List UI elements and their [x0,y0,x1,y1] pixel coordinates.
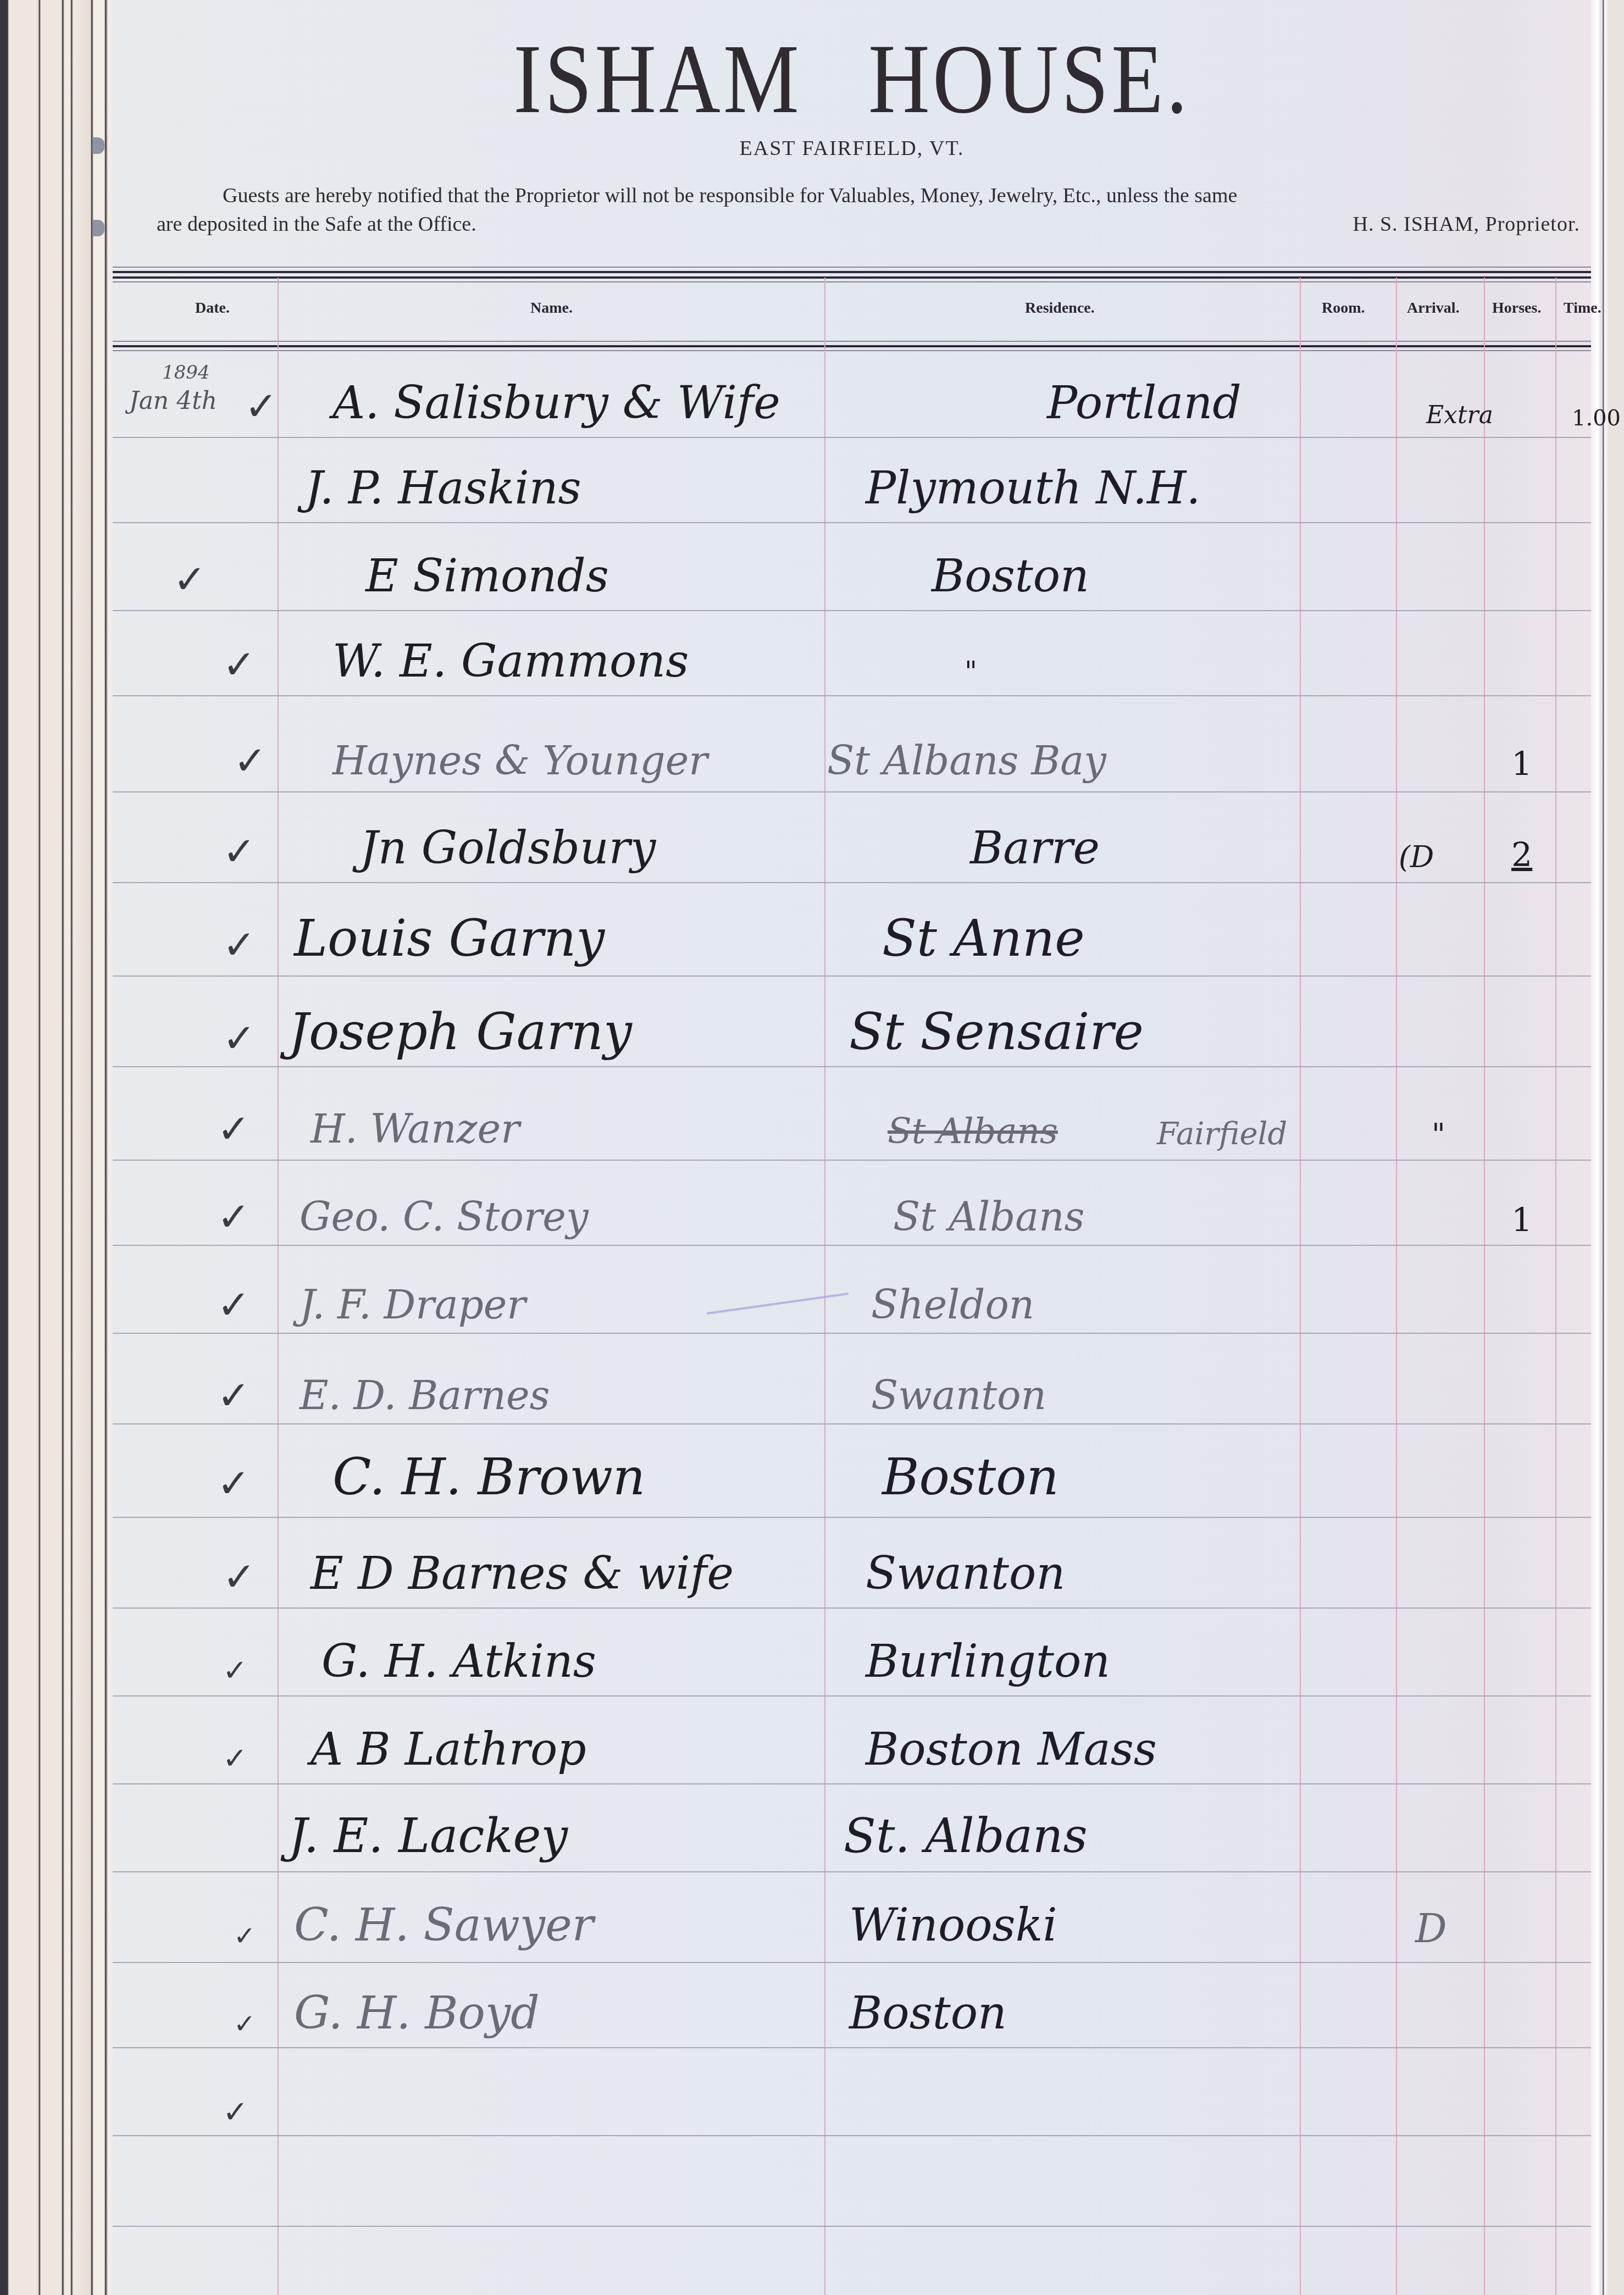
checkmark-icon: ✓ [223,1741,247,1776]
guest-name: C. H. Sawyer [294,1899,594,1952]
checkmark-icon: ✓ [173,556,206,602]
page-edge [1591,0,1608,2295]
column-header-date: Date. [195,300,230,317]
checkmark-icon: ✓ [217,1282,250,1328]
guest-name: E. D. Barnes [300,1372,550,1418]
header-rule [113,267,1591,268]
register-entry: ✓ E Simonds Boston [113,525,1591,610]
register-entry: J. P. Haskins Plymouth N.H. [113,437,1591,522]
ruling-line [113,2226,1591,2227]
guest-residence: Barre [970,822,1100,874]
header-rule [113,341,1591,342]
register-entry: ✓ C. H. Sawyer Winooski D [113,1874,1591,1959]
checkmark-icon: ✓ [217,1194,250,1240]
stray-ink-mark [707,1293,849,1315]
guest-name: J. F. Draper [300,1282,526,1328]
header-rule [113,276,1591,279]
checkmark-icon: ✓ [223,828,256,874]
guest-residence-ditto: " [965,656,977,688]
checkmark-icon: ✓ [217,1372,250,1418]
checkmark-icon: ✓ [234,738,267,784]
checkmark-icon: ✓ [223,1653,247,1688]
arrival-note: Extra [1426,401,1493,429]
ruling-line [113,1871,1591,1872]
entry-year: 1894 [162,362,210,384]
guest-residence: Boston Mass [866,1723,1157,1776]
register-entry: ✓ G. H. Atkins Burlington [113,1610,1591,1695]
column-header-horses: Horses. [1492,300,1541,317]
register-entry: ✓ Joseph Garny St Sensaire [113,984,1591,1069]
header-rule [113,345,1591,347]
guest-name: C. H. Brown [332,1448,645,1506]
guest-residence: Portland [1047,377,1241,429]
guest-residence: St Albans Bay [827,738,1106,784]
guest-name: J. P. Haskins [305,462,581,514]
checkmark-icon: ✓ [223,1554,256,1600]
guest-residence: Winooski [849,1899,1057,1952]
column-header-room: Room. [1322,300,1365,317]
guest-residence: St. Albans [844,1809,1088,1864]
checkmark-icon: ✓ [217,1106,250,1152]
register-entry: ✓ E D Barnes & wife Swanton [113,1522,1591,1607]
guest-residence: Fairfield [1157,1116,1287,1152]
guest-residence: St Albans [893,1194,1085,1240]
checkmark-icon: ✓ [223,922,256,968]
guest-name: A. Salisbury & Wife [332,377,780,429]
register-entry: ✓ Jn Goldsbury Barre (D 2 [113,797,1591,882]
guest-name: Jn Goldsbury [360,822,656,874]
register-entry: 1894Jan 4th ✓ A. Salisbury & Wife Portla… [113,352,1591,437]
register-entry: J. E. Lackey St. Albans [113,1786,1591,1871]
horses-count: 1 [1511,1201,1532,1240]
guest-residence: Sheldon [871,1282,1034,1328]
guest-residence: Boston [932,550,1089,602]
column-header-arrival: Arrival. [1407,300,1460,317]
register-entry: ✓ Louis Garny St Anne [113,890,1591,975]
entry-date-text: Jan 4th [129,387,217,415]
ruling-line [113,882,1591,883]
arrival-note: " [1432,1117,1445,1152]
guest-name: Joseph Garny [289,1002,632,1061]
proprietor-signature: H. S. ISHAM, Proprietor. [1353,210,1580,239]
register-entry: ✓ E. D. Barnes Swanton [113,1341,1591,1426]
ruling-line [113,791,1591,792]
entry-date: 1894Jan 4th [129,387,217,415]
hotel-name: ISHAM HOUSE. [216,22,1487,136]
guest-residence: Boston [882,1448,1059,1506]
guest-residence: St Sensaire [849,1002,1144,1061]
ruling-line [113,1607,1591,1609]
guest-name: E D Barnes & wife [311,1548,734,1600]
checkmark-icon: ✓ [223,1015,256,1061]
guest-residence: Burlington [866,1636,1110,1688]
guest-residence: St Anne [882,909,1085,968]
header-rule [113,271,1591,273]
guest-residence: Boston [849,1987,1007,2039]
ruling-line [113,1517,1591,1518]
guest-name: Haynes & Younger [332,738,708,784]
register-entry: ✓ Geo. C. Storey St Albans 1 [113,1162,1591,1248]
register-entry: ✓ H. Wanzer St Albans Fairfield " [113,1074,1591,1160]
ruling-line [113,522,1591,523]
checkmark-icon: ✓ [245,383,278,429]
column-header-time: Time. [1564,300,1601,317]
header-rule [113,281,1591,282]
ruling-line [113,1783,1591,1784]
ruling-line [113,695,1591,696]
guest-residence: Swanton [866,1548,1065,1600]
register-entry: ✓ W. E. Gammons " [113,610,1591,695]
ruling-line [113,1160,1591,1161]
guest-name: H. Wanzer [311,1106,520,1152]
checkmark-icon: ✓ [223,2094,248,2130]
book-binding [0,0,113,2295]
header-rule [113,350,1591,351]
checkmark-icon: ✓ [234,2009,256,2039]
horses-count: 2 [1511,836,1532,874]
page-tab [92,220,104,236]
register-entry: ✓ J. F. Draper Sheldon [113,1250,1591,1335]
register-page: ISHAM HOUSE. EAST FAIRFIELD, VT. Guests … [113,0,1608,2295]
guest-residence: Swanton [871,1372,1046,1418]
checkmark-icon: ✓ [217,1460,250,1506]
horses-count: 1 [1511,745,1532,784]
page-tab [92,137,104,154]
guest-name: E Simonds [365,550,609,602]
ruling-line [113,975,1591,977]
arrival-note: D [1415,1905,1447,1952]
guest-name: G. H. Atkins [322,1636,596,1688]
arrival-note: (D [1399,840,1434,874]
time-value: 1.00 / 25 [1572,407,1624,429]
ruling-line [113,1695,1591,1697]
column-header-residence: Residence. [1025,300,1095,317]
column-header-name: Name. [530,300,573,317]
guest-name: W. E. Gammons [332,635,689,688]
guest-name: Geo. C. Storey [300,1194,589,1240]
register-entry: ✓ Haynes & Younger St Albans Bay 1 [113,706,1591,791]
ruling-line [113,2047,1591,2048]
checkmark-icon: ✓ [234,1921,256,1952]
guest-name: A B Lathrop [311,1723,586,1776]
hotel-location: EAST FAIRFIELD, VT. [113,136,1591,160]
register-entry: ✓ [113,2053,1591,2138]
guest-residence: Plymouth N.H. [866,462,1201,514]
guest-name: G. H. Boyd [294,1987,540,2039]
register-entry: ✓ G. H. Boyd Boston [113,1962,1591,2047]
guest-name: J. E. Lackey [289,1809,568,1864]
notice-line-1: Guests are hereby notified that the Prop… [157,181,1608,210]
liability-notice: Guests are hereby notified that the Prop… [157,181,1608,239]
register-entry: ✓ C. H. Brown Boston [113,1429,1591,1514]
checkmark-icon: ✓ [223,641,256,688]
guest-residence-struck: St Albans [888,1111,1058,1152]
register-entry: ✓ A B Lathrop Boston Mass [113,1698,1591,1783]
guest-name: Louis Garny [294,909,605,968]
